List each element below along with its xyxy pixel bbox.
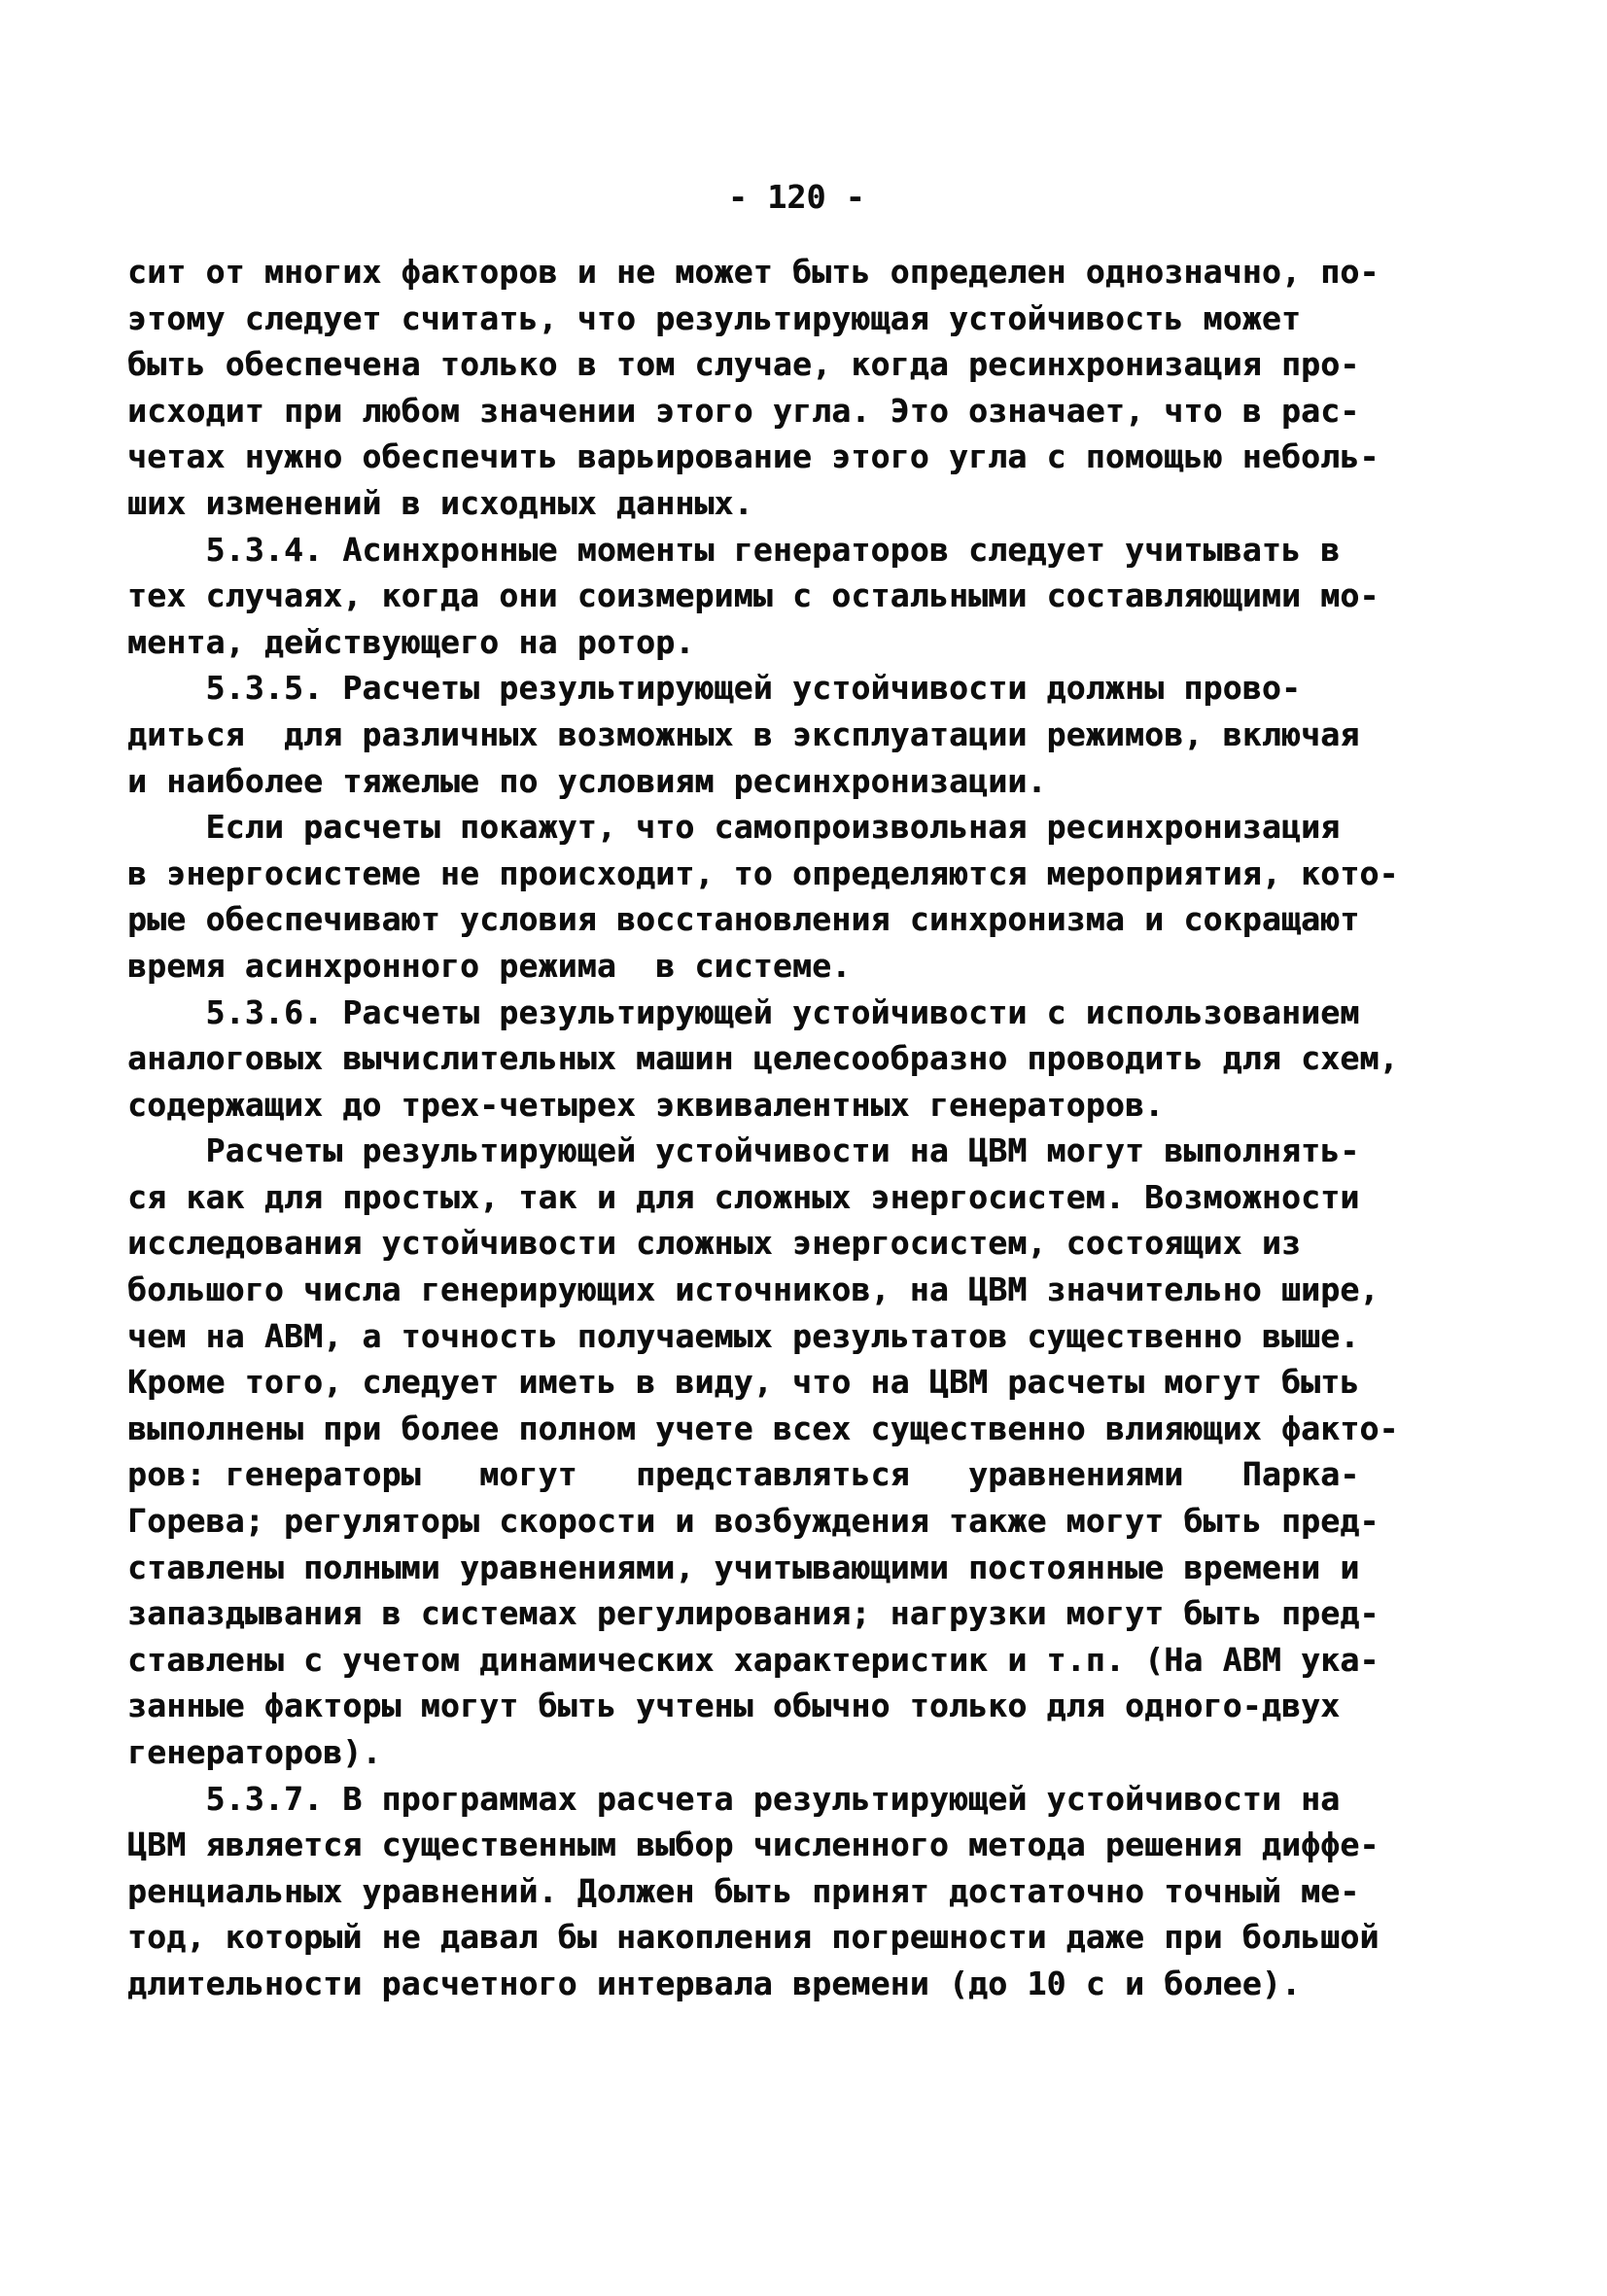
page-number: - 120 - bbox=[728, 174, 865, 221]
text-line: 5.3.5. Расчеты результирующей устойчивос… bbox=[127, 665, 1420, 712]
text-line: Расчеты результирующей устойчивости на Ц… bbox=[127, 1128, 1420, 1174]
text-line: аналоговых вычислительных машин целесооб… bbox=[127, 1035, 1420, 1082]
text-line: чем на АВМ, а точность получаемых резуль… bbox=[127, 1313, 1420, 1360]
text-line: Если расчеты покажут, что самопроизвольн… bbox=[127, 804, 1420, 851]
text-line: и наиболее тяжелые по условиям ресинхрон… bbox=[127, 758, 1420, 805]
text-line: большого числа генерирующих источников, … bbox=[127, 1267, 1420, 1313]
text-line: занные факторы могут быть учтены обычно … bbox=[127, 1683, 1420, 1729]
document-page: - 120 - сит от многих факторов и не може… bbox=[0, 0, 1607, 2296]
text-line: в энергосистеме не происходит, то опреде… bbox=[127, 851, 1420, 897]
text-line: запаздывания в системах регулирования; н… bbox=[127, 1590, 1420, 1637]
text-line: содержащих до трех-четырех эквивалентных… bbox=[127, 1082, 1420, 1129]
text-line: четах нужно обеспечить варьирование этог… bbox=[127, 434, 1420, 480]
text-line: исходит при любом значении этого угла. Э… bbox=[127, 388, 1420, 435]
text-line: 5.3.7. В программах расчета результирующ… bbox=[127, 1776, 1420, 1823]
text-line: ЦВМ является существенным выбор численно… bbox=[127, 1822, 1420, 1868]
text-line: выполнены при более полном учете всех су… bbox=[127, 1406, 1420, 1452]
text-line: тод, который не давал бы накопления погр… bbox=[127, 1914, 1420, 1961]
text-line: ренциальных уравнений. Должен быть приня… bbox=[127, 1868, 1420, 1915]
text-line: 5.3.6. Расчеты результирующей устойчивос… bbox=[127, 990, 1420, 1036]
text-line: мента, действующего на ротор. bbox=[127, 619, 1420, 666]
text-line: ших изменений в исходных данных. bbox=[127, 480, 1420, 527]
text-line: Кроме того, следует иметь в виду, что на… bbox=[127, 1359, 1420, 1406]
text-line: генераторов). bbox=[127, 1729, 1420, 1776]
text-line: диться для различных возможных в эксплуа… bbox=[127, 712, 1420, 758]
text-line: тех случаях, когда они соизмеримы с оста… bbox=[127, 573, 1420, 619]
text-line: ся как для простых, так и для сложных эн… bbox=[127, 1174, 1420, 1221]
text-line: рые обеспечивают условия восстановления … bbox=[127, 896, 1420, 943]
text-line: ставлены полными уравнениями, учитывающи… bbox=[127, 1545, 1420, 1591]
text-line: ров: генераторы могут представляться ура… bbox=[127, 1451, 1420, 1498]
text-line: сит от многих факторов и не может быть о… bbox=[127, 249, 1420, 296]
text-line: быть обеспечена только в том случае, ког… bbox=[127, 341, 1420, 388]
text-line: Горева; регуляторы скорости и возбуждени… bbox=[127, 1498, 1420, 1545]
text-line: длительности расчетного интервала времен… bbox=[127, 1961, 1420, 2007]
text-line: 5.3.4. Асинхронные моменты генераторов с… bbox=[127, 527, 1420, 574]
text-line: время асинхронного режима в системе. bbox=[127, 943, 1420, 990]
text-line: исследования устойчивости сложных энерго… bbox=[127, 1220, 1420, 1267]
text-line: этому следует считать, что результирующа… bbox=[127, 296, 1420, 342]
text-body: сит от многих факторов и не может быть о… bbox=[127, 249, 1420, 2007]
text-line: ставлены с учетом динамических характери… bbox=[127, 1637, 1420, 1684]
